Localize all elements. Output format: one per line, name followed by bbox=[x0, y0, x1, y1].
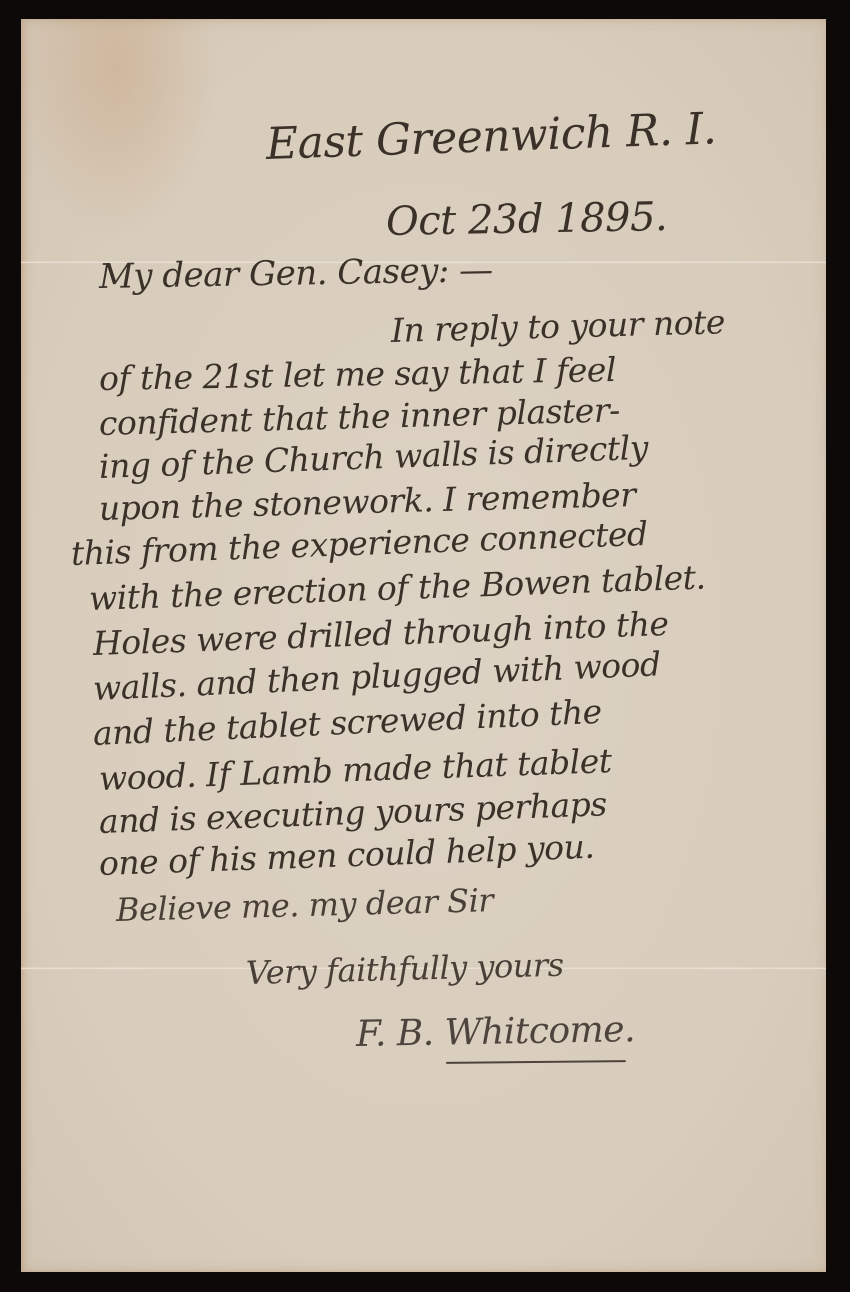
signature: F. B. Whitcome. bbox=[356, 1009, 636, 1055]
closing-line: Very faithfully yours bbox=[246, 946, 565, 992]
letter-salutation: My dear Gen. Casey: — bbox=[99, 250, 493, 297]
letter-paper: East Greenwich R. I. Oct 23d 1895. My de… bbox=[21, 19, 826, 1272]
letter-place: East Greenwich R. I. bbox=[265, 103, 717, 170]
body-line: of the 21st let me say that I feel bbox=[99, 350, 617, 398]
document-viewer: East Greenwich R. I. Oct 23d 1895. My de… bbox=[0, 0, 850, 1292]
closing-line: Believe me. my dear Sir bbox=[116, 881, 494, 929]
letter-date: Oct 23d 1895. bbox=[386, 194, 668, 245]
body-line: In reply to your note bbox=[390, 302, 725, 350]
signature-underline bbox=[446, 1060, 626, 1064]
